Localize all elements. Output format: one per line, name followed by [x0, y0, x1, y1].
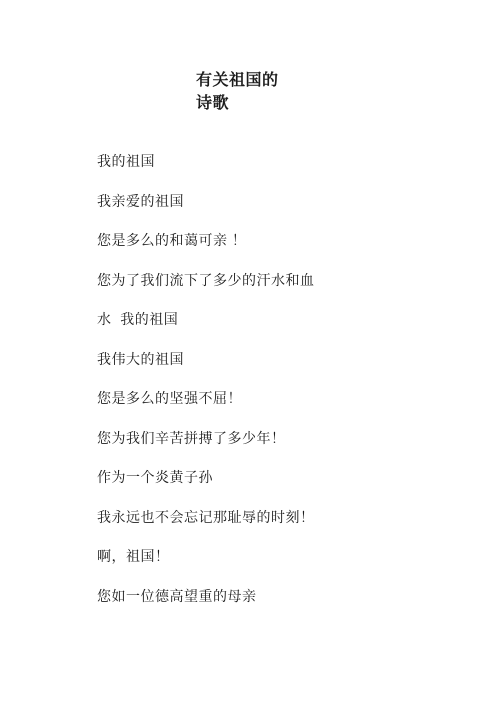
- poem-line: 我永远也不会忘记那耻辱的时刻！: [97, 498, 470, 538]
- poem-line: 水 我的祖国: [97, 300, 470, 340]
- poem-line: 您是多么的坚强不屈！: [97, 379, 470, 419]
- poem-line: 您为我们辛苦拼搏了多少年！: [97, 419, 470, 459]
- document-page: 有关祖国的 诗歌 我的祖国我亲爱的祖国您是多么的和蔼可亲 ！您为了我们流下了多少…: [0, 0, 500, 708]
- poem-line: 作为一个炎黄子孙: [97, 458, 470, 498]
- poem-line: 我伟大的祖国: [97, 340, 470, 380]
- poem-line: 您是多么的和蔼可亲 ！: [97, 221, 470, 261]
- poem-line: 我的祖国: [97, 142, 470, 182]
- poem-line: 您为了我们流下了多少的汗水和血: [97, 261, 470, 301]
- poem-line: 我亲爱的祖国: [97, 182, 470, 222]
- poem-line: 您如一位德高望重的母亲: [97, 577, 470, 617]
- document-title: 有关祖国的 诗歌: [196, 69, 279, 115]
- poem-body: 我的祖国我亲爱的祖国您是多么的和蔼可亲 ！您为了我们流下了多少的汗水和血水 我的…: [97, 142, 470, 616]
- poem-line: 啊，祖国！: [97, 537, 470, 577]
